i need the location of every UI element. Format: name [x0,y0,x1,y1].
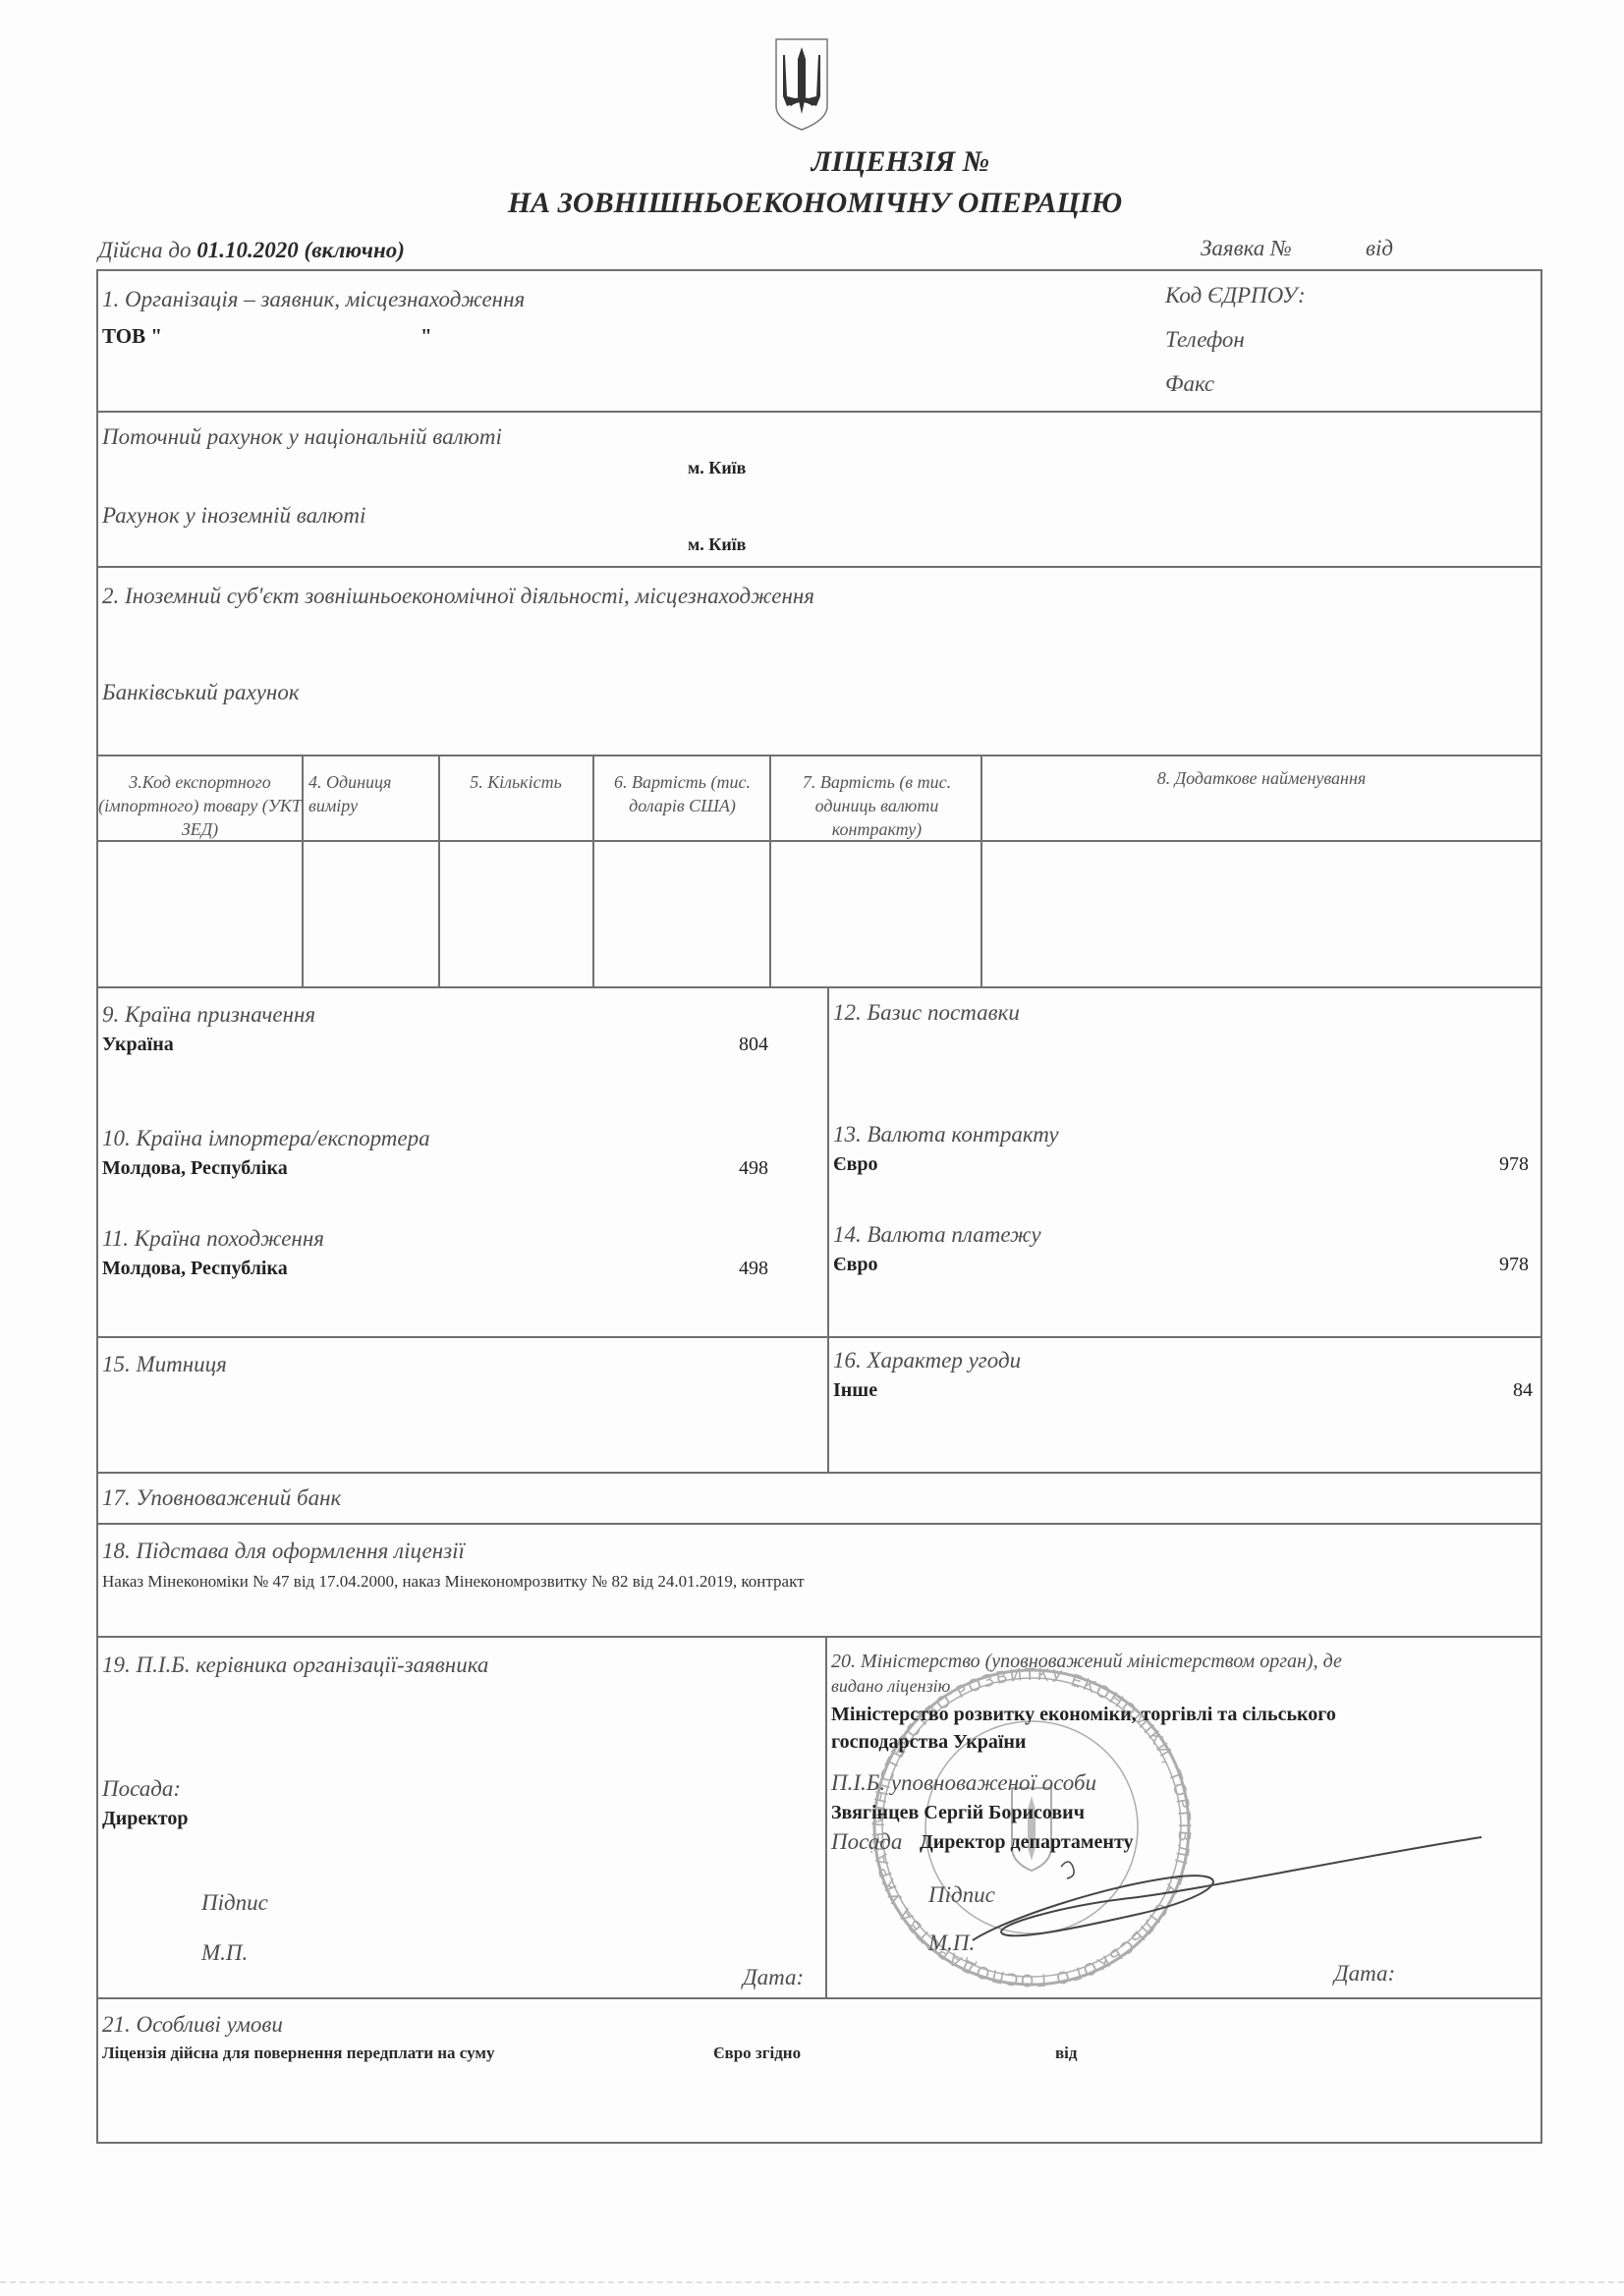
divider [96,1636,1542,1638]
national-account-city: м. Київ [688,458,746,478]
national-account-label: Поточний рахунок у національній валюті [102,424,502,450]
table-header-additional-name: 8. Додаткове найменування [982,766,1540,790]
special-conditions-text: Ліцензія дійсна для повернення передплат… [102,2044,494,2063]
application-date-label: від [1366,236,1393,261]
section19-position-label: Посада: [102,1776,181,1802]
coat-of-arms-icon [773,37,830,132]
section9-label: 9. Країна призначення [102,1002,315,1028]
section10-code: 498 [739,1157,768,1180]
section1-label: 1. Організація – заявник, місцезнаходжен… [102,287,525,312]
table-header-value-usd: 6. Вартість (тис. доларів США) [601,770,763,817]
section10-value: Молдова, Республіка [102,1157,288,1180]
section17-label: 17. Уповноважений банк [102,1485,341,1511]
section16-value: Інше [833,1379,877,1402]
section15-label: 15. Митниця [102,1352,227,1377]
section16-label: 16. Характер угоди [833,1348,1021,1373]
section11-value: Молдова, Республіка [102,1258,288,1280]
section13-value: Євро [833,1153,878,1176]
org-name-prefix: ТОВ " [102,324,162,349]
ministry-name-line2: господарства України [831,1731,1026,1754]
divider [96,411,1542,413]
section20-label-line2: видано ліцензію [831,1676,950,1697]
frame-top-border [96,269,1542,271]
application-number-label: Заявка № [1201,236,1292,261]
table-header-quantity: 5. Кількість [442,770,589,794]
section11-label: 11. Країна походження [102,1226,324,1252]
section13-code: 978 [1499,1153,1529,1176]
column-separator [438,755,440,986]
section18-label: 18. Підстава для оформлення ліцензії [102,1539,465,1564]
authorized-person-name: Звягінцев Сергій Борисович [831,1802,1085,1824]
section11-code: 498 [739,1258,768,1280]
phone-label: Телефон [1165,327,1245,353]
divider [96,986,1542,988]
special-conditions-from: від [1055,2044,1078,2063]
mid-divider [827,986,829,1472]
divider [96,566,1542,568]
section9-value: Україна [102,1034,174,1056]
edrpou-label: Код ЄДРПОУ: [1165,283,1306,308]
frame-left-border [96,269,98,2144]
section10-label: 10. Країна імпортера/експортера [102,1126,430,1151]
section21-label: 21. Особливі умови [102,2012,283,2038]
mid-divider [825,1636,827,1997]
section19-date-label: Дата: [743,1965,804,1990]
divider [96,1997,1542,1999]
bank-account-label: Банківський рахунок [102,680,300,705]
table-header-value-contract: 7. Вартість (в тис. одиниць валюти контр… [776,770,978,841]
authorized-person-label: П.І.Б. уповноваженої особи [831,1770,1096,1796]
fax-label: Факс [1165,371,1214,397]
valid-until-value: 01.10.2020 (включно) [196,238,405,262]
divider [96,1472,1542,1474]
section2-label: 2. Іноземний суб'єкт зовнішньоекономічно… [102,584,814,609]
valid-until-label: Дійсна до [98,238,192,262]
ministry-name-line1: Міністерство розвитку економіки, торгівл… [831,1704,1336,1726]
section9-code: 804 [739,1034,768,1056]
section12-label: 12. Базис поставки [833,1000,1020,1026]
validity-line: Дійсна до 01.10.2020 (включно) [98,238,405,263]
handwritten-signature [943,1827,1493,1965]
authorized-position-label: Посада [831,1829,902,1855]
frame-bottom-border [96,2142,1542,2144]
section16-code: 84 [1513,1379,1533,1402]
special-conditions-currency: Євро згідно [713,2044,801,2063]
table-header-unit: 4. Одиниця виміру [308,770,426,817]
org-name-suffix: " [420,324,432,349]
scan-artifact-line [0,2281,1624,2283]
license-title: ЛІЦЕНЗІЯ № [0,145,1624,179]
section19-signature-label: Підпис [201,1890,268,1916]
section19-seal-label: М.П. [201,1940,248,1966]
divider [96,1336,1542,1338]
section13-label: 13. Валюта контракту [833,1122,1059,1148]
section19-label: 19. П.І.Б. керівника організації-заявник… [102,1652,488,1678]
section14-label: 14. Валюта платежу [833,1222,1041,1248]
divider [96,1523,1542,1525]
section20-label-line1: 20. Міністерство (уповноважений міністер… [831,1651,1342,1673]
section18-value: Наказ Мінекономіки № 47 від 17.04.2000, … [102,1572,805,1592]
column-separator [302,755,304,986]
license-subtitle: НА ЗОВНІШНЬОЕКОНОМІЧНУ ОПЕРАЦІЮ [0,187,1624,220]
table-header-code: 3.Код експортного (імпортного) товару (У… [98,770,302,841]
foreign-account-label: Рахунок у іноземній валюті [102,503,365,529]
foreign-account-city: м. Київ [688,534,746,555]
section14-code: 978 [1499,1254,1529,1276]
column-separator [592,755,594,986]
section19-position-value: Директор [102,1808,189,1830]
divider [96,755,1542,756]
column-separator [769,755,771,986]
frame-right-border [1540,269,1542,2144]
section14-value: Євро [833,1254,878,1276]
